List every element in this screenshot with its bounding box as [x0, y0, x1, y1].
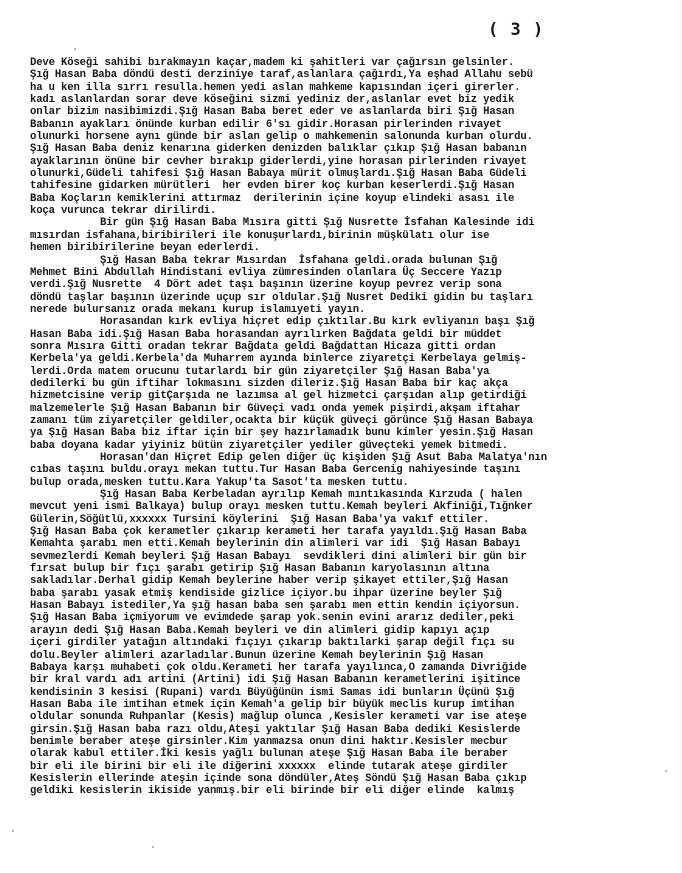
text-line: oldular sonunda Ruhpanlar (Kesis) mağlup… — [30, 711, 670, 723]
text-line: içeri girdiler yatağın altındaki fıçıyı … — [30, 637, 670, 649]
text-line: Hasan Baba ile imtihan etmek için Kemah'… — [30, 699, 670, 711]
text-line: Horasan'dan Hiçret Edip gelen diğer üç k… — [30, 452, 670, 464]
text-line: kendisinin 3 kesisi (Rupani) vardı Büyüğ… — [30, 687, 670, 699]
page-number: ( 3 ) — [488, 20, 544, 40]
text-line: Hasan Baba idi.Şığ Hasan Baba horasandan… — [30, 329, 670, 341]
text-line: cıbas taşını buldu.orayı mekan tuttu.Tur… — [30, 464, 670, 476]
text-line: Horasandan kırk evliya hiçret edip çıktı… — [30, 316, 670, 328]
text-line: geldiki kesislerin ikiside yanmış.bir el… — [30, 785, 670, 797]
text-line: Mehmet Bini Abdullah Hindistani evliya z… — [30, 267, 670, 279]
text-line: Şığ Hasan Baba Kerbeladan ayrılıp Kemah … — [30, 489, 670, 501]
text-line: olarak kabul ettiler.İki kesis yağlı bul… — [30, 748, 670, 760]
text-line: Kemahta şarabı men etti.Kemah beylerinin… — [30, 538, 670, 550]
document-page: ( 3 ) Deve Köseği sahibi bırakmayın kaça… — [0, 0, 682, 873]
text-line: dolu.Beyler alimleri azarladılar.Bunun ü… — [30, 650, 670, 662]
text-line: girsin.Şığ Hasan baba razı oldu,Ateşi ya… — [30, 724, 670, 736]
text-line: ha u ken illa sırrı resulla.hemen yedi a… — [30, 82, 670, 94]
text-line: Hasan Babayı istediler,Ya şığ hasan baba… — [30, 600, 670, 612]
text-line: mevcut yeni ismi Balkaya) bulup orayı me… — [30, 501, 670, 513]
text-line: Babanın ayakları önünde kurban edilir 6'… — [30, 119, 670, 131]
text-line: döndü taşlar başının üzerinde uçup sır o… — [30, 292, 670, 304]
scan-speck — [12, 830, 14, 832]
text-line: onlar bizim nasibimizdi.Şığ Hasan Baba b… — [30, 106, 670, 118]
scan-speck — [152, 846, 154, 848]
text-line: hizmetcisine verip gitÇarşıda ne lazımsa… — [30, 390, 670, 402]
text-line: hemen biribirilerine beyan ederlerdi. — [30, 242, 670, 254]
text-line: lerdi.Orda matem orucunu tutarlardı bir … — [30, 366, 670, 378]
scan-speck — [74, 48, 76, 50]
text-line: Baba Koçların kemiklerini attırmaz deril… — [30, 193, 670, 205]
text-line: baba şarabı yasak etmiş kendiside gizlic… — [30, 588, 670, 600]
text-line: ya Şığ Hasan Baba biz iftar için bir şey… — [30, 427, 670, 439]
text-line: Deve Köseği sahibi bırakmayın kaçar,made… — [30, 57, 670, 69]
text-line: sakladılar.Derhal gidip Kemah beylerine … — [30, 575, 670, 587]
typewritten-body: Deve Köseği sahibi bırakmayın kaçar,made… — [30, 57, 670, 798]
text-line: Şığ Hasan Baba tekrar Mısırdan İsfahana … — [30, 255, 670, 267]
text-line: mısırdan isfahana,biribirileri ile konuş… — [30, 230, 670, 242]
text-line: kadı aslanlardan sorar deve köseğini siz… — [30, 94, 670, 106]
text-line: Bir gün Şığ Hasan Baba Mısıra gitti Şığ … — [30, 217, 670, 229]
text-line: Gülerin,Söğütlü,xxxxxx Tursini köylerini… — [30, 514, 670, 526]
text-line: Şığ Hasan Baba çok kerametler çıkarıp ke… — [30, 526, 670, 538]
text-line: Kerbela'ya geldi.Kerbela'da Muharrem ayı… — [30, 353, 670, 365]
text-line: bulup orada,mesken tuttu.Kara Yakup'ta S… — [30, 477, 670, 489]
text-line: nerede bulursanız orada mekanı kurup isl… — [30, 304, 670, 316]
text-line: sevmezlerdi Kemah beyleri Şığ Hasan Baba… — [30, 551, 670, 563]
text-line: baba doyana kadar yiyiniz bütün ziyaretç… — [30, 440, 670, 452]
text-line: ayaklarının önüne bir cevher bırakıp gid… — [30, 156, 670, 168]
text-line: Babaya karşı muhabeti çok oldu.Kerameti … — [30, 662, 670, 674]
text-line: sonra Mısıra Gitti oradan tekrar Bağdata… — [30, 341, 670, 353]
scan-edge-shadow — [674, 0, 682, 873]
text-line: Şığ Hasan Baba döndü desti derziniye tar… — [30, 69, 670, 81]
text-line: Şığ Hasan Baba deniz kenarına giderken d… — [30, 143, 670, 155]
text-line: koça vurunca tekrar dirilirdi. — [30, 205, 670, 217]
text-line: bir eli ile birini bir eli ile diğerini … — [30, 761, 670, 773]
text-line: bir kral vardı adı artini (Artini) idi Ş… — [30, 674, 670, 686]
text-line: olunurki,Güdeli tahifesi Şığ Hasan Babay… — [30, 168, 670, 180]
text-line: Kesislerin ellerinde ateşin içinde sona … — [30, 773, 670, 785]
text-line: fırsat bulup bir fıçı şarabı getirip Şığ… — [30, 563, 670, 575]
text-line: olunurki horsene aynı günde bir aslan ge… — [30, 131, 670, 143]
text-line: arayın dedi Şığ Hasan Baba.Kemah beyleri… — [30, 625, 670, 637]
text-line: malzemelerle Şığ Hasan Babanın bir Güveç… — [30, 403, 670, 415]
text-line: dedilerki bu gün iftihar lokmasını sizde… — [30, 378, 670, 390]
text-line: benimle beraber ateşe girsinler.Kim yanm… — [30, 736, 670, 748]
text-line: tahifesine gidarken mürütleri her evden … — [30, 180, 670, 192]
text-line: zamanı tüm ziyaretçiler geldiler,ocakta … — [30, 415, 670, 427]
text-line: verdi.Şığ Nusrette 4 Dört adet taşı başı… — [30, 279, 670, 291]
text-line: Şığ Hasan Baba içmiyorum ve evimdede şar… — [30, 612, 670, 624]
scan-speck — [665, 770, 667, 772]
